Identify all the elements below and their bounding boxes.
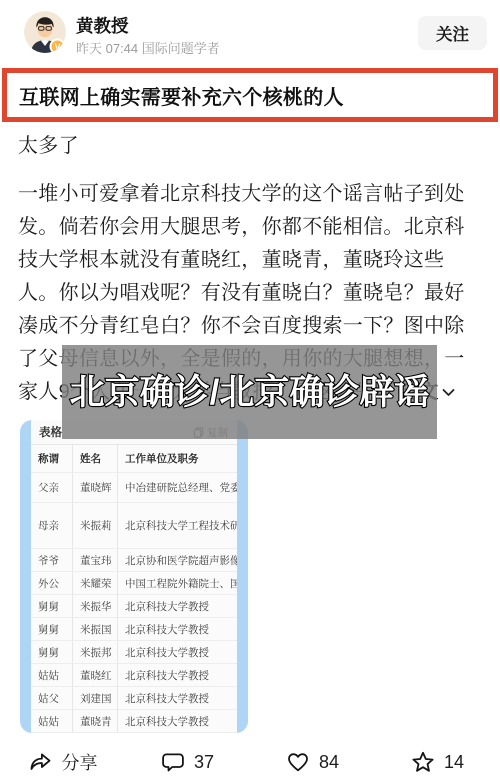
- cell-relation: 外公: [31, 572, 73, 594]
- cell-job: 北京协和医学院超声影像领域教: [118, 549, 237, 571]
- like-count: 84: [319, 752, 339, 773]
- cell-job: 北京科技大学教授: [118, 641, 237, 663]
- favorite-count: 14: [444, 752, 464, 773]
- comment-button[interactable]: 37: [125, 750, 250, 774]
- table-row: 姑姑 董晓青 北京科技大学教授: [31, 710, 237, 733]
- highlight-annotation-box: 互联网上确实需要补充六个核桃的人: [2, 68, 498, 122]
- table-screenshot-image[interactable]: 表格 复制 称谓 姓名 工作单位及职务 父亲 董晓辉 中冶建研院总经理、党委副书…: [20, 420, 248, 733]
- cell-relation: 姑姑: [31, 710, 73, 732]
- comment-count: 37: [194, 752, 214, 773]
- cell-relation: 舅舅: [31, 618, 73, 640]
- share-icon: [28, 750, 53, 774]
- col-header: 姓名: [73, 445, 118, 472]
- cell-name: 米振莉: [73, 503, 118, 548]
- post-intro-text: 太多了: [18, 131, 482, 161]
- verified-badge-letter: V: [54, 42, 60, 52]
- table-row: 舅舅 米振国 北京科技大学教授: [31, 618, 237, 641]
- author-name[interactable]: 黄教授: [76, 13, 129, 38]
- post-body-span: 一堆小可爱拿着北京科技大学的这个谣言帖子到处发。倘若你会用大腿思考，你都不能相信…: [18, 183, 465, 403]
- post-title: 互联网上确实需要补充六个核桃的人: [19, 81, 344, 110]
- share-label: 分享: [62, 749, 98, 775]
- chevron-down-icon: [442, 389, 455, 397]
- cell-job: 北京科技大学教授: [118, 687, 237, 709]
- copy-label: 复制: [207, 425, 228, 440]
- post-body-text: 一堆小可爱拿着北京科技大学的这个谣言帖子到处发。倘若你会用大腿思考，你都不能相信…: [18, 178, 482, 409]
- table-row: 父亲 董晓辉 中冶建研院总经理、党委副书记: [31, 473, 237, 503]
- relatives-table: 称谓 姓名 工作单位及职务 父亲 董晓辉 中冶建研院总经理、党委副书记 母亲 米…: [31, 445, 237, 733]
- table-card-title: 表格: [39, 424, 62, 440]
- table-row: 舅舅 米振华 北京科技大学教授: [31, 595, 237, 618]
- table-card-left-accent: [20, 420, 31, 733]
- comment-icon: [161, 750, 185, 774]
- table-row: 姑父 刘建国 北京科技大学教授: [31, 687, 237, 710]
- cell-name: 董宝玮: [73, 549, 118, 571]
- post-header: V 黄教授 昨天 07:44 国际问题学者 关注: [0, 10, 500, 58]
- cell-relation: 父亲: [31, 473, 73, 502]
- cell-job: 北京科技大学教授: [118, 664, 237, 686]
- table-row: 爷爷 董宝玮 北京协和医学院超声影像领域教: [31, 549, 237, 572]
- full-text-link[interactable]: 全文: [398, 381, 455, 403]
- cell-relation: 爷爷: [31, 549, 73, 571]
- follow-button[interactable]: 关注: [418, 16, 487, 50]
- avatar[interactable]: V: [24, 11, 66, 53]
- table-card: 表格 复制 称谓 姓名 工作单位及职务 父亲 董晓辉 中冶建研院总经理、党委副书…: [31, 420, 237, 733]
- share-button[interactable]: 分享: [0, 749, 125, 775]
- post-content: 太多了 一堆小可爱拿着北京科技大学的这个谣言帖子到处发。倘若你会用大腿思考，你都…: [18, 131, 482, 409]
- table-row: 舅舅 米振邦 北京科技大学教授: [31, 641, 237, 664]
- cell-job: 中国工程院外籍院士、国际力学: [118, 572, 237, 594]
- copy-icon: [193, 427, 204, 438]
- cell-job: 北京科技大学工程技术研究院副: [118, 503, 237, 548]
- table-row: 外公 米耀荣 中国工程院外籍院士、国际力学: [31, 572, 237, 595]
- cell-name: 董晓辉: [73, 473, 118, 502]
- copy-button[interactable]: 复制: [193, 425, 228, 440]
- cell-name: 米振国: [73, 618, 118, 640]
- col-header: 工作单位及职务: [118, 445, 237, 472]
- action-bar: 分享 37 84 14: [0, 740, 500, 784]
- cell-relation: 姑父: [31, 687, 73, 709]
- col-header: 称谓: [31, 445, 73, 472]
- full-text-label: 全文: [398, 381, 439, 403]
- cell-relation: 舅舅: [31, 595, 73, 617]
- cell-job: 中冶建研院总经理、党委副书记: [118, 473, 237, 502]
- star-icon: [411, 750, 435, 774]
- cell-relation: 舅舅: [31, 641, 73, 663]
- cell-job: 北京科技大学教授: [118, 618, 237, 640]
- cell-name: 董晓红: [73, 664, 118, 686]
- cell-name: 米振华: [73, 595, 118, 617]
- cell-name: 米耀荣: [73, 572, 118, 594]
- table-card-header: 表格 复制: [31, 420, 237, 445]
- cell-name: 董晓青: [73, 710, 118, 732]
- cell-relation: 姑姑: [31, 664, 73, 686]
- cell-name: 米振邦: [73, 641, 118, 663]
- table-header-row: 称谓 姓名 工作单位及职务: [31, 445, 237, 473]
- table-card-right-accent: [237, 420, 248, 733]
- post-page: V 黄教授 昨天 07:44 国际问题学者 关注 互联网上确实需要补充六个核桃的…: [0, 0, 500, 784]
- cell-job: 北京科技大学教授: [118, 710, 237, 732]
- cell-relation: 母亲: [31, 503, 73, 548]
- post-meta: 昨天 07:44 国际问题学者: [76, 38, 220, 57]
- cell-name: 刘建国: [73, 687, 118, 709]
- like-button[interactable]: 84: [250, 750, 375, 774]
- table-row: 母亲 米振莉 北京科技大学工程技术研究院副: [31, 503, 237, 549]
- favorite-button[interactable]: 14: [375, 750, 500, 774]
- cell-job: 北京科技大学教授: [118, 595, 237, 617]
- heart-icon: [286, 750, 310, 774]
- table-row: 姑姑 董晓红 北京科技大学教授: [31, 664, 237, 687]
